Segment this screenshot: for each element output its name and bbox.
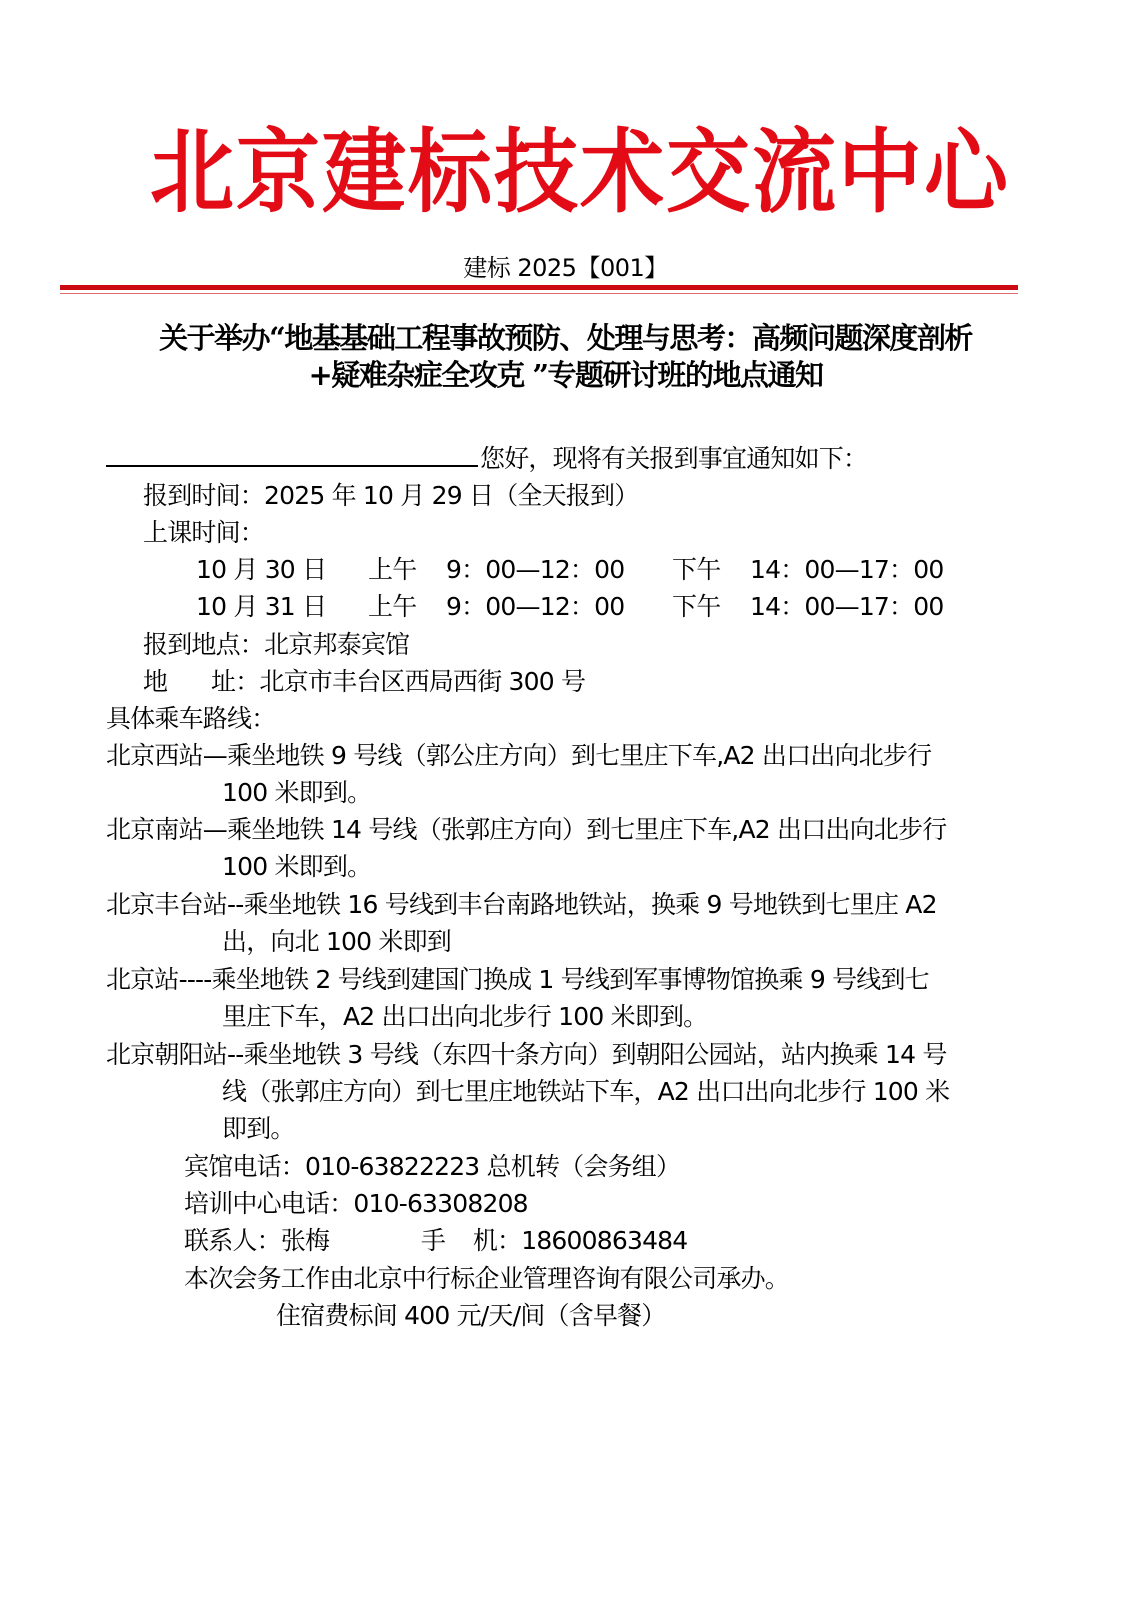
letterhead-rule-thick	[60, 285, 1018, 290]
route-item-line-2: 100 米即到。	[222, 848, 371, 885]
address-row: 地址：北京市丰台区西局西街 300 号	[143, 663, 585, 700]
route-item-line-2: 100 米即到。	[222, 774, 371, 811]
center-phone-value: 010-63308208	[353, 1189, 527, 1218]
schedule-am-label: 上午	[368, 551, 446, 588]
schedule-am-label: 上午	[368, 588, 446, 625]
contact-name: 张梅	[281, 1222, 421, 1259]
salutation-text: 您好，现将有关报到事宜通知如下：	[480, 444, 867, 473]
registration-time-row: 报到时间：2025 年 10 月 29 日（全天报到）	[143, 477, 638, 514]
organization-letterhead-title: 北京建标技术交流中心	[150, 118, 930, 226]
venue-row: 报到地点：北京邦泰宾馆	[143, 626, 409, 663]
recipient-blank-field	[106, 441, 478, 467]
schedule-am-time: 9：00—12：00	[446, 551, 672, 588]
route-item-line-2: 出，向北 100 米即到	[222, 923, 451, 960]
route-item-line-1: 北京站----乘坐地铁 2 号线到建国门换成 1 号线到军事博物馆换乘 9 号线…	[106, 961, 929, 998]
contact-label: 联系人：	[184, 1226, 281, 1255]
route-item-line-1: 北京朝阳站--乘坐地铁 3 号线（东四十条方向）到朝阳公园站，站内换乘 14 号	[106, 1036, 947, 1073]
registration-time-label: 报到时间：	[143, 481, 264, 510]
address-label-part-1: 地	[143, 663, 191, 700]
registration-time-value: 2025 年 10 月 29 日（全天报到）	[264, 481, 638, 510]
hotel-phone-value: 010-63822223 总机转（会务组）	[305, 1152, 680, 1181]
hotel-phone-row: 宾馆电话：010-63822223 总机转（会务组）	[184, 1148, 680, 1185]
mobile-label-part-2: 机：	[473, 1226, 521, 1255]
schedule-date: 10 月 31 日	[196, 588, 368, 625]
venue-label: 报到地点：	[143, 630, 264, 659]
contact-person-row: 联系人：张梅手机：18600863484	[184, 1222, 687, 1259]
notice-heading-line-2: +疑难杂症全攻克 ”专题研讨班的地点通知	[0, 353, 1131, 397]
route-item-line-1: 北京西站—乘坐地铁 9 号线（郭公庄方向）到七里庄下车,A2 出口出向北步行	[106, 737, 931, 774]
schedule-pm-label: 下午	[672, 588, 750, 625]
salutation-line: 您好，现将有关报到事宜通知如下：	[106, 440, 867, 477]
route-item-line-2: 里庄下车，A2 出口出向北步行 100 米即到。	[222, 998, 707, 1035]
center-phone-row: 培训中心电话：010-63308208	[184, 1185, 528, 1222]
schedule-pm-label: 下午	[672, 551, 750, 588]
route-item-line-1: 北京丰台站--乘坐地铁 16 号线到丰台南路地铁站，换乘 9 号地铁到七里庄 A…	[106, 886, 937, 923]
letterhead-rule-thin	[60, 293, 1018, 294]
schedule-pm-time: 14：00—17：00	[750, 555, 943, 584]
address-label-part-2: 址：	[211, 667, 259, 696]
schedule-am-time: 9：00—12：00	[446, 588, 672, 625]
lodging-note: 住宿费标间 400 元/天/间（含早餐）	[276, 1297, 665, 1334]
class-time-label: 上课时间：	[143, 514, 264, 551]
organizer-note: 本次会务工作由北京中行标企业管理咨询有限公司承办。	[184, 1260, 789, 1297]
route-item-line-2: 线（张郭庄方向）到七里庄地铁站下车，A2 出口出向北步行 100 米	[222, 1073, 949, 1110]
route-item-line-3: 即到。	[222, 1110, 295, 1147]
mobile-value: 18600863484	[521, 1226, 687, 1255]
schedule-row: 10 月 30 日上午9：00—12：00下午14：00—17：00	[196, 551, 943, 588]
mobile-label-part-1: 手	[421, 1222, 473, 1259]
routes-title: 具体乘车路线：	[106, 700, 275, 737]
schedule-row: 10 月 31 日上午9：00—12：00下午14：00—17：00	[196, 588, 943, 625]
schedule-pm-time: 14：00—17：00	[750, 592, 943, 621]
hotel-phone-label: 宾馆电话：	[184, 1152, 305, 1181]
route-item-line-1: 北京南站—乘坐地铁 14 号线（张郭庄方向）到七里庄下车,A2 出口出向北步行	[106, 811, 946, 848]
document-number: 建标 2025【001】	[0, 252, 1131, 284]
schedule-date: 10 月 30 日	[196, 551, 368, 588]
venue-value: 北京邦泰宾馆	[264, 630, 409, 659]
address-value: 北京市丰台区西局西街 300 号	[259, 667, 585, 696]
center-phone-label: 培训中心电话：	[184, 1189, 353, 1218]
